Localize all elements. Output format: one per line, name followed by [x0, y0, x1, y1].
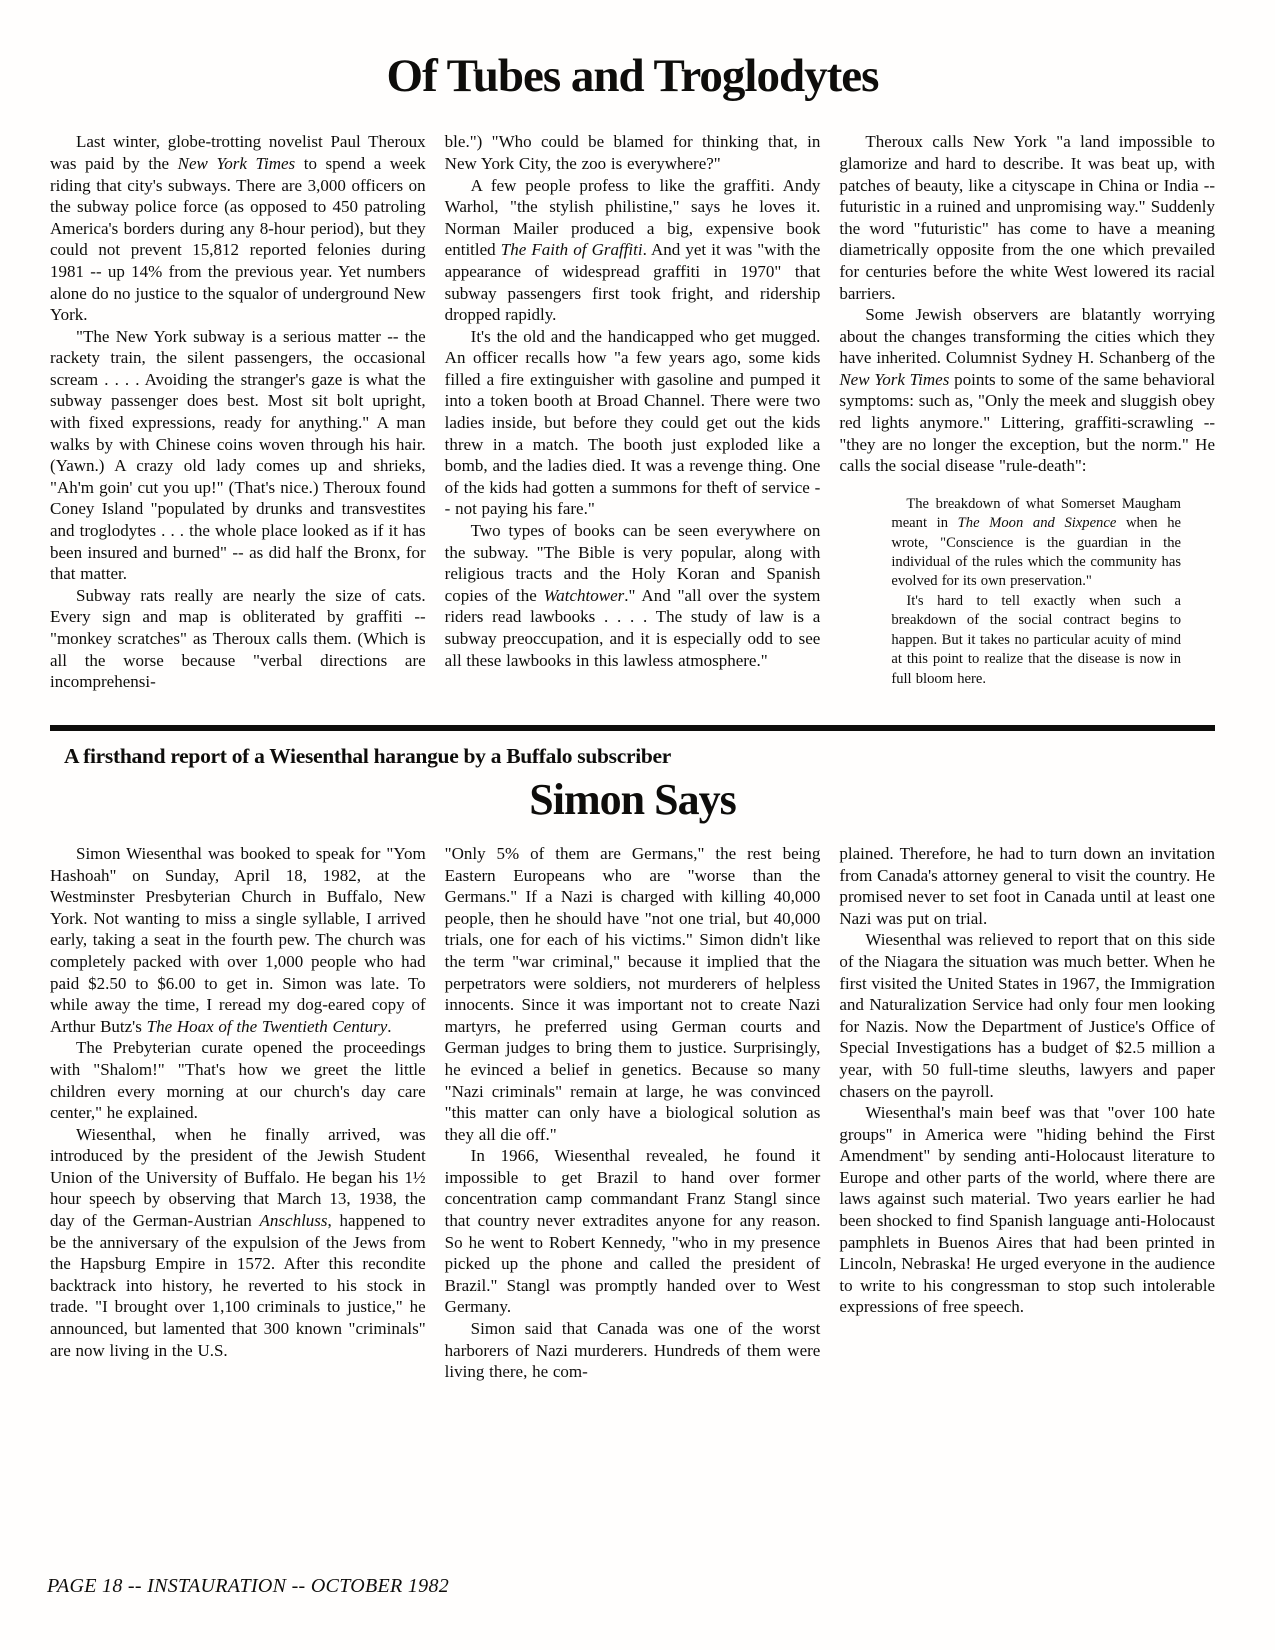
paragraph: Wiesenthal's main beef was that "over 10… — [839, 1102, 1215, 1318]
paragraph: "The New York subway is a serious matter… — [50, 326, 426, 585]
page-footer: PAGE 18 -- INSTAURATION -- OCTOBER 1982 — [47, 1575, 449, 1598]
paragraph: Two types of books can be seen everywher… — [445, 520, 821, 671]
paragraph: plained. Therefore, he had to turn down … — [839, 843, 1215, 929]
article2-columns: Simon Wiesenthal was booked to speak for… — [50, 843, 1215, 1383]
article2-column-2: "Only 5% of them are Germans," the rest … — [445, 843, 821, 1383]
article2-kicker: A firsthand report of a Wiesenthal haran… — [64, 744, 1215, 769]
article1-column-2: ble.") "Who could be blamed for thinking… — [445, 131, 821, 671]
paragraph: ble.") "Who could be blamed for thinking… — [445, 131, 821, 174]
paragraph: Simon said that Canada was one of the wo… — [445, 1318, 821, 1383]
paragraph: "Only 5% of them are Germans," the rest … — [445, 843, 821, 1145]
paragraph: Wiesenthal was relieved to report that o… — [839, 929, 1215, 1102]
article1-columns: Last winter, globe-trotting novelist Pau… — [50, 131, 1215, 692]
article1-title: Of Tubes and Troglodytes — [50, 52, 1215, 101]
paragraph: The Prebyterian curate opened the procee… — [50, 1037, 426, 1123]
paragraph: In 1966, Wiesenthal revealed, he found i… — [445, 1145, 821, 1318]
paragraph: The breakdown of what Somerset Maugham m… — [839, 495, 1215, 592]
paragraph: Some Jewish observers are blatantly worr… — [839, 304, 1215, 477]
article2-title: Simon Says — [50, 777, 1215, 823]
paragraph: Last winter, globe-trotting novelist Pau… — [50, 131, 426, 325]
paragraph: Wiesenthal, when he finally arrived, was… — [50, 1124, 426, 1362]
paragraph: It's the old and the handicapped who get… — [445, 326, 821, 520]
paragraph: It's hard to tell exactly when such a br… — [839, 592, 1215, 689]
article1-column-3: Theroux calls New York "a land impossibl… — [839, 131, 1215, 689]
article2-column-3: plained. Therefore, he had to turn down … — [839, 843, 1215, 1318]
paragraph: A few people profess to like the graffit… — [445, 175, 821, 326]
paragraph: Subway rats really are nearly the size o… — [50, 585, 426, 693]
article1-column-1: Last winter, globe-trotting novelist Pau… — [50, 131, 426, 692]
paragraph: Simon Wiesenthal was booked to speak for… — [50, 843, 426, 1037]
magazine-page: Of Tubes and Troglodytes Last winter, gl… — [0, 0, 1275, 1650]
paragraph: Theroux calls New York "a land impossibl… — [839, 131, 1215, 304]
article2-column-1: Simon Wiesenthal was booked to speak for… — [50, 843, 426, 1361]
section-divider — [50, 725, 1215, 731]
